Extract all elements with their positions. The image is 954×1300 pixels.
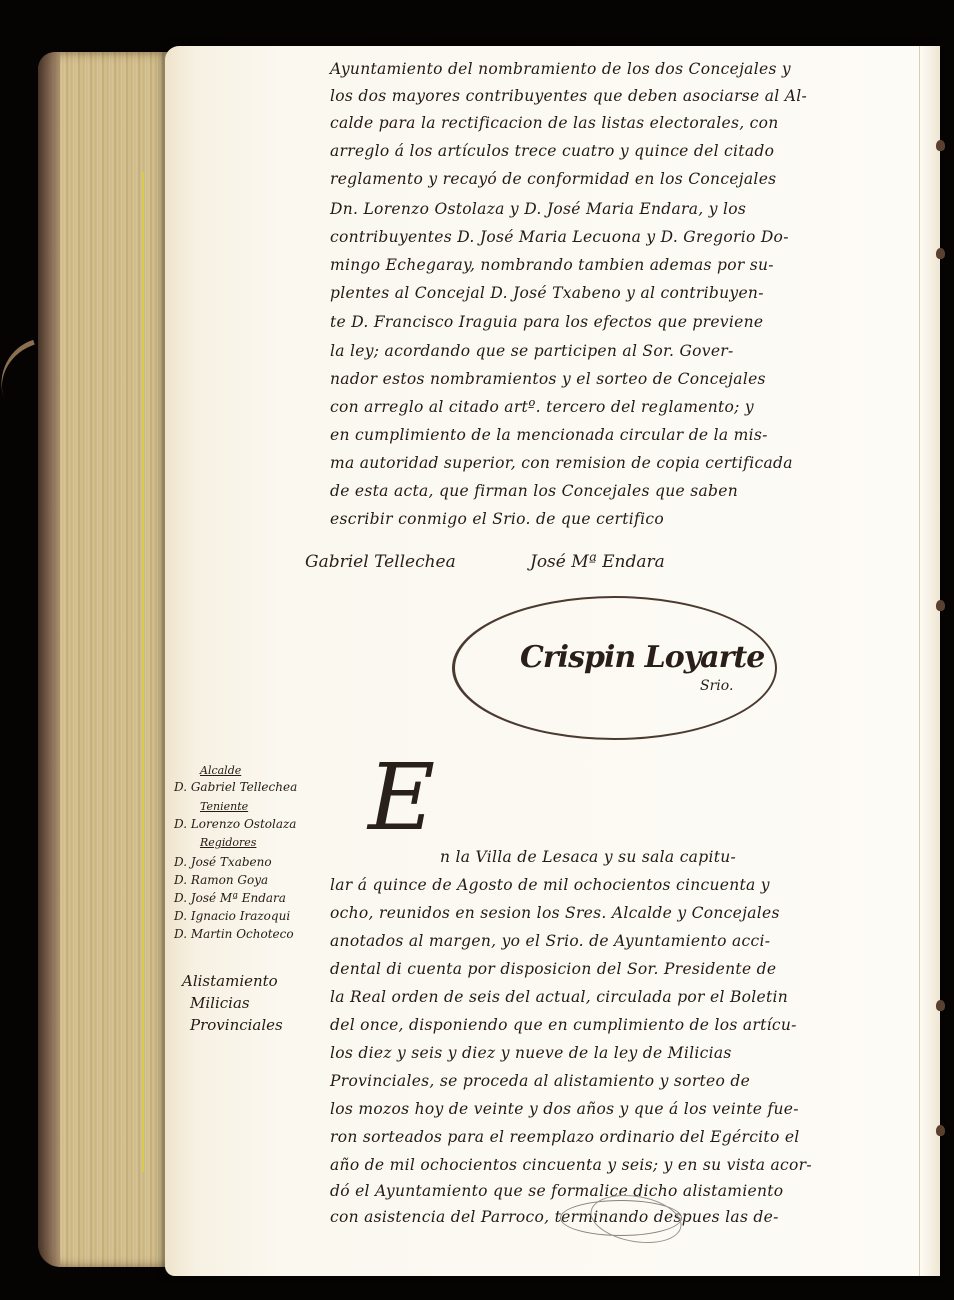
text-line: lar á quince de Agosto de mil ochociento…	[330, 876, 890, 894]
drop-cap: E	[368, 752, 435, 844]
binding-hole	[936, 1000, 945, 1011]
margin-name: D. Lorenzo Ostolaza	[174, 817, 296, 831]
binding-hole	[936, 140, 945, 151]
margin-name: D. Gabriel Tellechea	[174, 780, 297, 794]
text-line: los mozos hoy de veinte y dos años y que…	[330, 1100, 890, 1118]
text-line: te D. Francisco Iraguia para los efectos…	[330, 313, 890, 331]
text-line: anotados al margen, yo el Srio. de Ayunt…	[330, 932, 890, 950]
text-line: la Real orden de seis del actual, circul…	[330, 988, 890, 1006]
secretary-title: Srio.	[700, 678, 733, 694]
text-line: ocho, reunidos en sesion los Sres. Alcal…	[330, 904, 890, 922]
margin-heading-line: Provinciales	[190, 1016, 283, 1034]
text-line: escribir conmigo el Srio. de que certifi…	[330, 510, 890, 528]
text-line: ma autoridad superior, con remision de c…	[330, 454, 890, 472]
text-line: de esta acta, que firman los Concejales …	[330, 482, 890, 500]
text-line: contribuyentes D. José Maria Lecuona y D…	[330, 228, 890, 246]
margin-name: D. José Mª Endara	[174, 891, 286, 905]
page-edge-stain	[142, 172, 144, 1172]
text-line: Ayuntamiento del nombramiento de los dos…	[330, 60, 890, 78]
text-line: en cumplimiento de la mencionada circula…	[330, 426, 890, 444]
text-line: mingo Echegaray, nombrando tambien adema…	[330, 256, 890, 274]
signature-left: Gabriel Tellechea	[305, 552, 456, 572]
text-line: n la Villa de Lesaca y su sala capitu-	[440, 848, 954, 866]
signature-right: José Mª Endara	[530, 552, 665, 572]
margin-name: D. Ramon Goya	[174, 873, 268, 887]
text-line: los dos mayores contribuyentes que deben…	[330, 87, 890, 105]
text-line: Dn. Lorenzo Ostolaza y D. José Maria End…	[330, 200, 890, 218]
margin-name: D. Martin Ochoteco	[174, 927, 294, 941]
text-line: con arreglo al citado artº. tercero del …	[330, 398, 890, 416]
page-edges	[38, 52, 178, 1267]
margin-heading-line: Alistamiento	[182, 972, 278, 990]
binding-hole	[936, 600, 945, 611]
binding-hole	[936, 248, 945, 259]
text-line: año de mil ochocientos cincuenta y seis;…	[330, 1156, 890, 1174]
text-line: dental di cuenta por disposicion del Sor…	[330, 960, 890, 978]
text-line: la ley; acordando que se participen al S…	[330, 342, 890, 360]
margin-role: Alcalde	[200, 764, 241, 777]
margin-role: Regidores	[200, 836, 256, 849]
margin-name: D. Ignacio Irazoqui	[174, 909, 290, 923]
text-line: Provinciales, se proceda al alistamiento…	[330, 1072, 890, 1090]
text-line: ron sorteados para el reemplazo ordinari…	[330, 1128, 890, 1146]
secretary-signature: Crispin Loyarte	[520, 640, 764, 675]
binding-hole	[936, 1125, 945, 1136]
margin-heading-line: Milicias	[190, 994, 250, 1012]
text-line: nador estos nombramientos y el sorteo de…	[330, 370, 890, 388]
text-line: calde para la rectificacion de las lista…	[330, 114, 890, 132]
text-line: los diez y seis y diez y nueve de la ley…	[330, 1044, 890, 1062]
page-gutter	[919, 46, 940, 1276]
text-line: reglamento y recayó de conformidad en lo…	[330, 170, 890, 188]
margin-role: Teniente	[200, 800, 248, 813]
text-line: arreglo á los artículos trece cuatro y q…	[330, 142, 890, 160]
text-line: plentes al Concejal D. José Txabeno y al…	[330, 284, 890, 302]
text-line: del once, disponiendo que en cumplimient…	[330, 1016, 890, 1034]
margin-name: D. José Txabeno	[174, 855, 272, 869]
